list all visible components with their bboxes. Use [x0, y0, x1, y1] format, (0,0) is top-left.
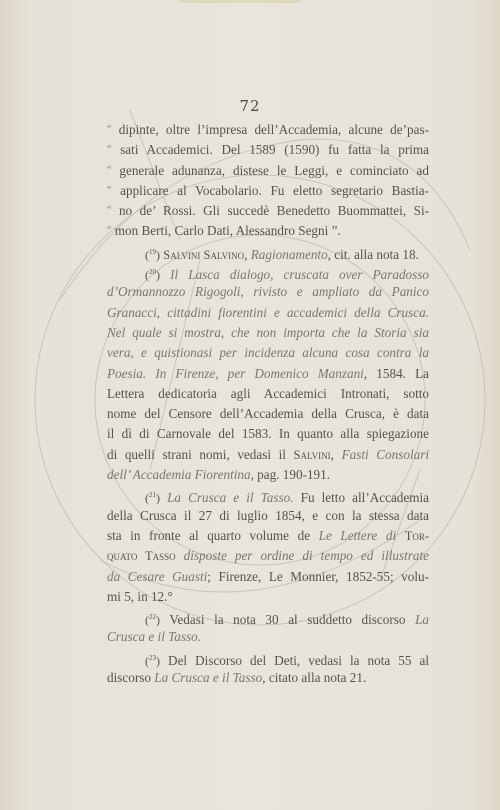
footnote-author: Salvini	[294, 448, 331, 462]
body-line-text: applicare al Vocabolario. Fu eletto segr…	[120, 183, 429, 198]
quote-mark: “	[107, 225, 111, 236]
body-line: “ no de’ Rossi. Gli succedè Benedetto Bu…	[107, 201, 429, 221]
footnote-21: (21) La Crusca e il Tasso. Fu letto all’…	[107, 485, 429, 505]
footnote-text: Fu letto all’Accademia	[301, 490, 429, 505]
footnote-line: il dì di Carnovale del 1583. In quanto a…	[107, 424, 429, 444]
footnote-italic: dell’ Accademia Fiorentina	[107, 467, 251, 482]
footnote-author: quato Tasso	[107, 549, 176, 563]
footnote-marker: (22)	[145, 613, 160, 627]
footnote-text: , pag. 190-191.	[251, 467, 330, 482]
quote-mark: “	[107, 185, 111, 196]
footnote-line: Poesia. In Firenze, per Domenico Manzani…	[107, 364, 429, 384]
footnote-line: dell’ Accademia Fiorentina, pag. 190-191…	[107, 465, 429, 485]
footnote-text: ; Firenze, Le Monnier, 1852-55; volu-	[207, 569, 429, 584]
footnote-italic: Poesia. In Firenze, per Domenico Manzani	[107, 366, 364, 381]
footnote-author: Salvini Salvino	[163, 248, 244, 262]
footnote-line: d’Ormannozzo Rigogoli, rivisto e ampliat…	[107, 282, 429, 302]
body-line-text: mon Berti, Carlo Dati, Alessandro Segni …	[115, 223, 341, 238]
body-line-text: no de’ Rossi. Gli succedè Benedetto Buom…	[119, 203, 429, 218]
footnote-text: Vedasi la nota 30 al suddetto discorso	[169, 612, 405, 627]
footnote-line: della Crusca il 27 di luglio 1854, e con…	[107, 506, 429, 526]
footnote-line: Lettera dedicatoria agli Accademici Intr…	[107, 384, 429, 404]
footnote-text: , citato alla nota 21.	[262, 670, 366, 685]
footnote-marker: (19)	[145, 248, 160, 262]
footnote-marker: (23)	[145, 654, 160, 668]
footnote-text: , cit. alla nota 18.	[328, 247, 419, 262]
quote-mark: “	[107, 124, 111, 135]
body-line: “ applicare al Vocabolario. Fu eletto se…	[107, 181, 429, 201]
footnote-line: discorso La Crusca e il Tasso, citato al…	[107, 668, 429, 688]
footnote-italic: disposte per ordine di tempo ed illustra…	[184, 548, 429, 563]
footnote-22: (22) Vedasi la nota 30 al suddetto disco…	[107, 607, 429, 627]
footnote-line: mi 5, in 12.°	[107, 587, 429, 607]
body-line-text: dipinte, oltre l’impresa dell’Accademia,…	[119, 122, 429, 137]
footnote-line: Crusca e il Tasso.	[107, 627, 429, 647]
footnote-line: di quelli strani nomi, vedasi il Salvini…	[107, 445, 429, 465]
footnote-italic: La Crusca e il Tasso	[154, 670, 262, 685]
footnote-line: quato Tasso disposte per ordine di tempo…	[107, 546, 429, 566]
page-edge-stain	[180, 0, 300, 3]
book-page: 72 “ dipinte, oltre l’impresa dell’Accad…	[0, 0, 500, 810]
footnote-20: (20) Il Lasca dialogo, cruscata over Par…	[107, 262, 429, 282]
footnote-line: Nel quale si mostra, che non importa che…	[107, 323, 429, 343]
footnote-text: di quelli strani nomi, vedasi il	[107, 447, 286, 462]
footnote-title: La Crusca e il Tasso.	[167, 490, 293, 505]
footnote-text: sta in fronte al quarto volume de	[107, 528, 310, 543]
footnote-text: discorso	[107, 670, 151, 685]
footnote-text: Del Discorso del Deti, vedasi la nota 55…	[168, 653, 429, 668]
quote-mark: “	[107, 144, 111, 155]
body-line-text: sati Accademici. Del 1589 (1590) fu fatt…	[120, 142, 429, 157]
footnote-italic: Le Lettere di	[319, 528, 396, 543]
footnote-line: nome del Censore dell’Accademia della Cr…	[107, 404, 429, 424]
footnote-19: (19) Salvini Salvino, Ragionamento, cit.…	[107, 242, 429, 262]
footnote-author: Tor-	[405, 529, 429, 543]
footnote-line: da Cesare Guasti; Firenze, Le Monnier, 1…	[107, 567, 429, 587]
body-line: “ mon Berti, Carlo Dati, Alessandro Segn…	[107, 221, 429, 241]
footnote-text: , 1584. La	[364, 366, 429, 381]
body-line: “ dipinte, oltre l’impresa dell’Accademi…	[107, 120, 429, 140]
page-body: “ dipinte, oltre l’impresa dell’Accademi…	[107, 120, 429, 688]
body-line: “ generale adunanza, distese le Leggi, e…	[107, 161, 429, 181]
footnote-italic: La	[415, 612, 429, 627]
body-line: “ sati Accademici. Del 1589 (1590) fu fa…	[107, 140, 429, 160]
quote-mark: “	[107, 165, 111, 176]
footnote-marker: (21)	[145, 491, 160, 505]
footnote-italic: Fasti Consolari	[342, 447, 429, 462]
footnote-line: Granacci, cittadini fiorentini e accadem…	[107, 303, 429, 323]
footnote-23: (23) Del Discorso del Deti, vedasi la no…	[107, 648, 429, 668]
footnote-marker: (20)	[145, 268, 160, 282]
footnote-line: sta in fronte al quarto volume de Le Let…	[107, 526, 429, 546]
body-line-text: generale adunanza, distese le Leggi, e c…	[119, 163, 429, 178]
quote-mark: “	[107, 205, 111, 216]
page-number: 72	[0, 97, 500, 115]
footnote-title: Il Lasca dialogo, cruscata over Paradoss…	[170, 267, 429, 282]
footnote-line: vera, e quistionasi per incidenza alcuna…	[107, 343, 429, 363]
footnote-title: Ragionamento	[251, 247, 328, 262]
footnote-italic: da Cesare Guasti	[107, 569, 207, 584]
